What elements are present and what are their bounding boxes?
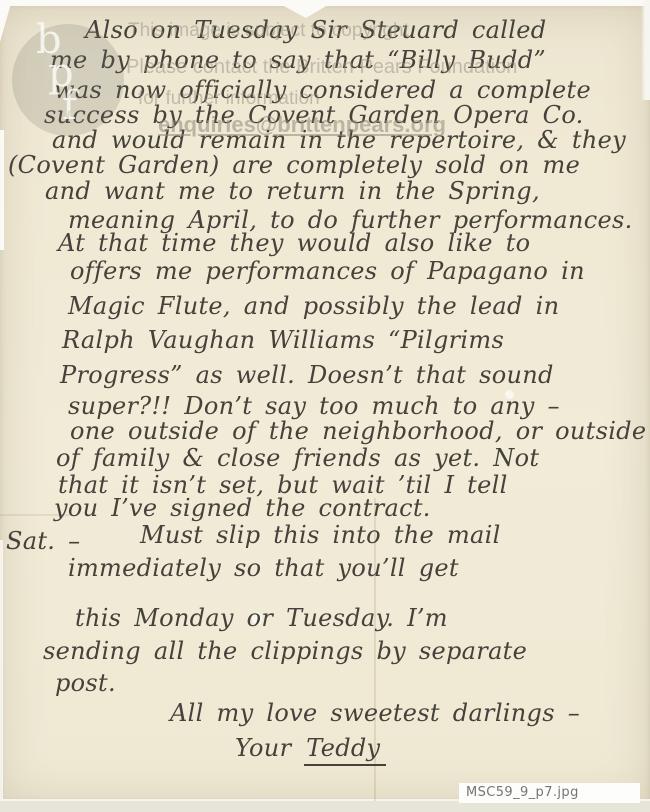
letter-line: me by phone to say that “Billy Budd” (50, 47, 546, 73)
letter-line: and want me to return in the Spring, (45, 178, 540, 204)
letter-line: you I’ve signed the contract. (54, 495, 431, 521)
letter-line: one outside of the neighborhood, or outs… (70, 418, 646, 444)
letter-line: Ralph Vaughan Williams “Pilgrims (62, 327, 504, 353)
letter-line: this Monday or Tuesday. I’m (75, 605, 448, 631)
letter-line: At that time they would also like to (58, 230, 530, 256)
letter-line: offers me performances of Papagano in (70, 258, 585, 284)
letter-line: Also on Tuesday Sir Steuard called (85, 17, 546, 43)
filename-label: MSC59_9_p7.jpg (459, 783, 640, 803)
letter-line: success by the Covent Garden Opera Co. (44, 102, 584, 128)
letter-line: Must slip this into the mail (140, 522, 501, 548)
letter-line: of family & close friends as yet. Not (56, 445, 539, 471)
scanned-letter-page: All my love sweetest darlings – Your Ted… (0, 0, 650, 812)
letter-closing: All my love sweetest darlings – (170, 700, 580, 726)
letter-line: (Covent Garden) are completely sold on m… (8, 152, 580, 178)
letter-line: Magic Flute, and possibly the lead in (68, 293, 559, 319)
letter-line: was now officially considered a complete (54, 77, 591, 103)
letter-line: super?!! Don’t say too much to any – (68, 393, 560, 419)
letter-line: Progress” as well. Doesn’t that sound (60, 362, 554, 388)
signature-prefix: Your (235, 734, 304, 762)
letter-line: and would remain in the repertoire, & th… (52, 127, 626, 153)
letter-body: All my love sweetest darlings – Your Ted… (0, 0, 650, 812)
letter-line: sending all the clippings by separate (43, 638, 527, 664)
letter-line: Sat. – (6, 528, 80, 554)
letter-line: immediately so that you’ll get (68, 555, 459, 581)
signature-name: Teddy (304, 734, 386, 766)
letter-line: post. (55, 670, 116, 696)
letter-signature: Your Teddy (235, 735, 386, 761)
